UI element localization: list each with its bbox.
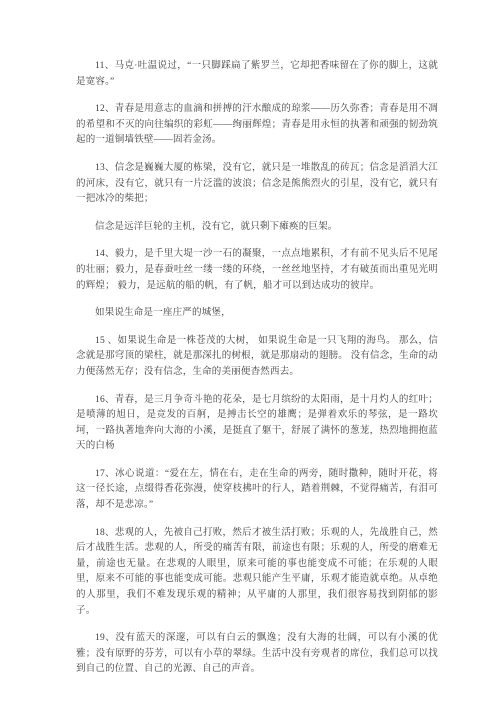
paragraph-12: 12、青春是用意志的血滴和拼搏的汗水酿成的琼浆——历久弥香；青春是用不凋的希望和…	[76, 102, 438, 149]
paragraph-13: 13、信念是巍巍大厦的栋梁，没有它，就只是一堆散乱的砖瓦；信念是滔滔大江的河床，…	[76, 161, 438, 208]
text-content: 11、马克·吐温说过，“一只脚踩扁了紫罗兰，它却把香味留在了你的脚上，这就是宽容…	[76, 59, 438, 678]
paragraph-17: 17、冰心说道：“爱在左，情在右，走在生命的两旁，随时撒种，随时开花，将这一径长…	[76, 467, 438, 514]
document-page: 11、马克·吐温说过，“一只脚踩扁了紫罗兰，它却把香味留在了你的脚上，这就是宽容…	[0, 0, 500, 707]
paragraph-14: 14、毅力，是千里大堤一沙一石的凝聚，一点点地累积，才有前不见头后不见尾的壮丽；…	[76, 247, 438, 294]
paragraph-19: 19、没有蓝天的深邃，可以有白云的飘逸；没有大海的壮阔，可以有小溪的优雅；没有原…	[76, 631, 438, 678]
paragraph-15: 15 、如果说生命是一株苍茂的大树， 如果说生命是一只飞翔的海鸟。 那么，信念就…	[76, 334, 438, 381]
paragraph-13-continued: 信念是远洋巨轮的主机，没有它，就只剩下瘫痪的巨架。	[76, 220, 438, 236]
paragraph-18: 18、悲观的人，先被自己打败，然后才被生活打败；乐观的人，先战胜自己，然后才战胜…	[76, 526, 438, 620]
paragraph-16: 16、青春，是三月争奇斗艳的花朵，是七月缤纷的太阳雨，是十月灼人的红叶；是喷薄的…	[76, 393, 438, 455]
paragraph-14-continued: 如果说生命是一座庄严的城堡，	[76, 306, 438, 322]
paragraph-11: 11、马克·吐温说过，“一只脚踩扁了紫罗兰，它却把香味留在了你的脚上，这就是宽容…	[76, 59, 438, 90]
